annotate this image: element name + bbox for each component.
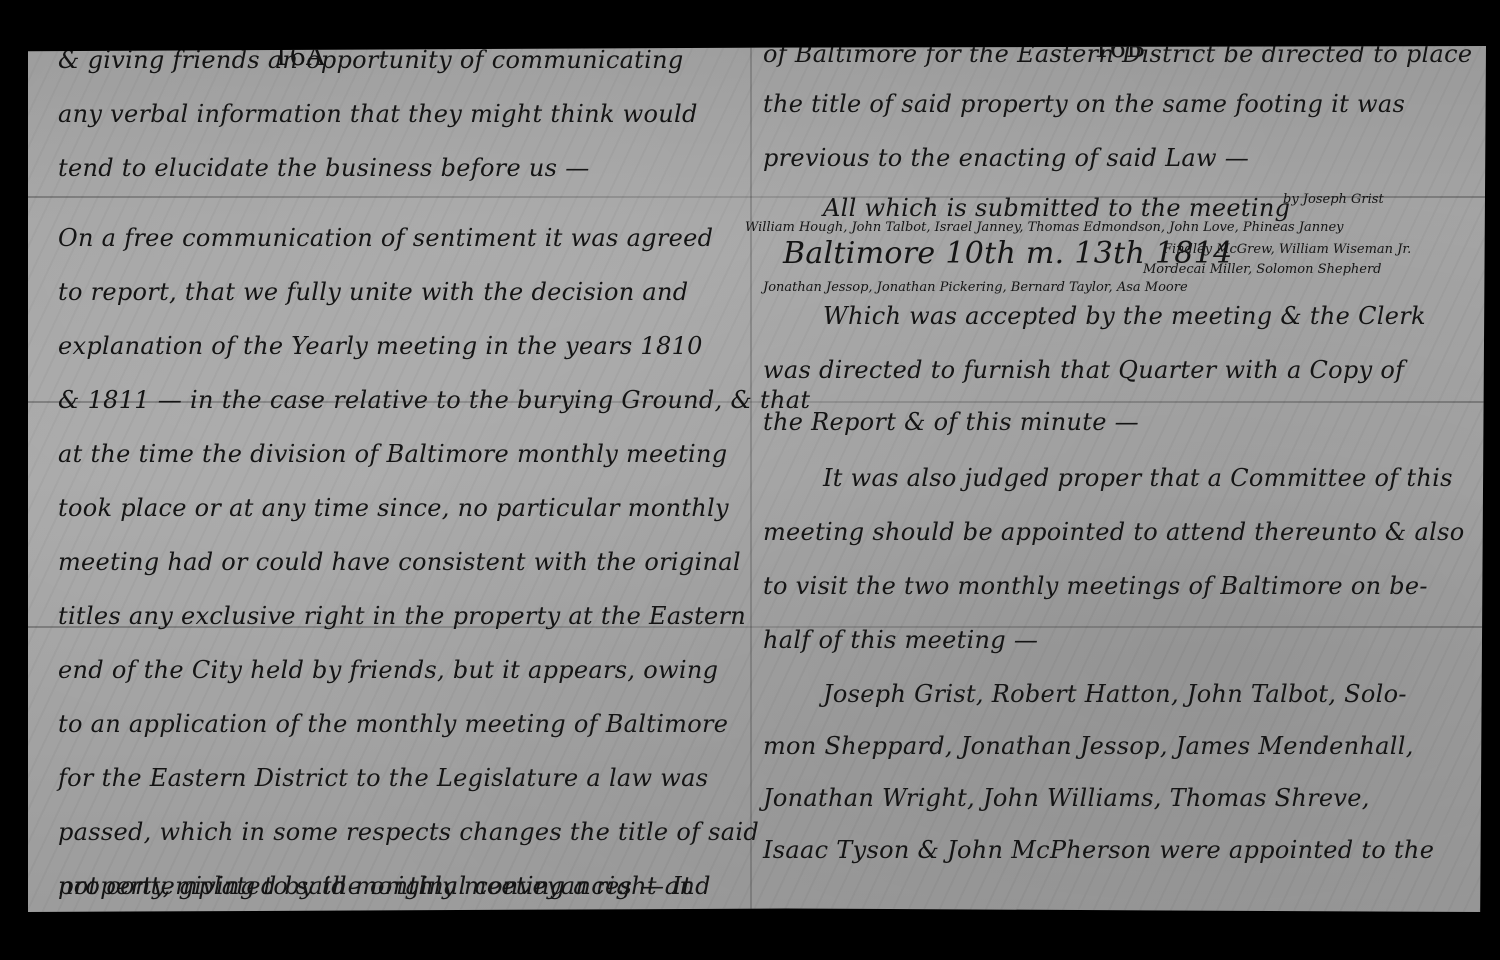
text-line: Joseph Grist, Robert Hatton, John Talbot… [763,680,1407,708]
manuscript-paper: 16A 16B & giving friends an opportunity … [28,46,1486,912]
text-line: to an application of the monthly meeting… [58,710,728,738]
text-line: tend to elucidate the business before us… [58,154,590,182]
text-line: end of the City held by friends, but it … [58,656,718,684]
text-line: for the Eastern District to the Legislat… [58,764,708,792]
text-line: On a free communication of sentiment it … [58,224,713,252]
text-line: the Report & of this minute — [763,408,1139,436]
signatories: Mordecai Miller, Solomon Shepherd [1143,262,1382,277]
text-line: took place or at any time since, no part… [58,494,729,522]
text-line: not contemplated by the original conveya… [58,872,692,900]
text-line: meeting had or could have consistent wit… [58,548,741,576]
text-line: titles any exclusive right in the proper… [58,602,746,630]
text-line: meeting should be appointed to attend th… [763,518,1464,546]
text-line: was directed to furnish that Quarter wit… [763,356,1404,384]
text-line: any verbal information that they might t… [58,100,698,128]
document-scan: 16A 16B & giving friends an opportunity … [0,0,1500,960]
text-line: explanation of the Yearly meeting in the… [58,332,703,360]
text-line: to visit the two monthly meetings of Bal… [763,572,1428,600]
signatories: Findley McGrew, William Wiseman Jr. [1163,242,1411,257]
text-line: at the time the division of Baltimore mo… [58,440,727,468]
page-fold [750,46,752,912]
text-line: Jonathan Wright, John Williams, Thomas S… [763,784,1370,812]
text-line: Which was accepted by the meeting & the … [763,302,1426,330]
text-line: passed, which in some respects changes t… [58,818,759,846]
text-line: to report, that we fully unite with the … [58,278,688,306]
text-line: & 1811 — in the case relative to the bur… [58,386,810,414]
signatories: William Hough, John Talbot, Israel Janne… [745,220,1344,235]
text-line: previous to the enacting of said Law — [763,144,1249,172]
text-line: half of this meeting — [763,626,1038,654]
text-line: & giving friends an opportunity of commu… [58,46,684,74]
text-line: the title of said property on the same f… [763,90,1405,118]
text-line: mon Sheppard, Jonathan Jessop, James Men… [763,732,1414,760]
text-line: Isaac Tyson & John McPherson were appoin… [763,836,1434,864]
text-line: of Baltimore for the Eastern District be… [763,40,1472,68]
signatories: Jonathan Jessop, Jonathan Pickering, Ber… [763,280,1188,295]
signatories: by Joseph Grist [1283,192,1384,207]
text-line: It was also judged proper that a Committ… [763,464,1453,492]
submission-statement: All which is submitted to the meeting [763,194,1290,222]
